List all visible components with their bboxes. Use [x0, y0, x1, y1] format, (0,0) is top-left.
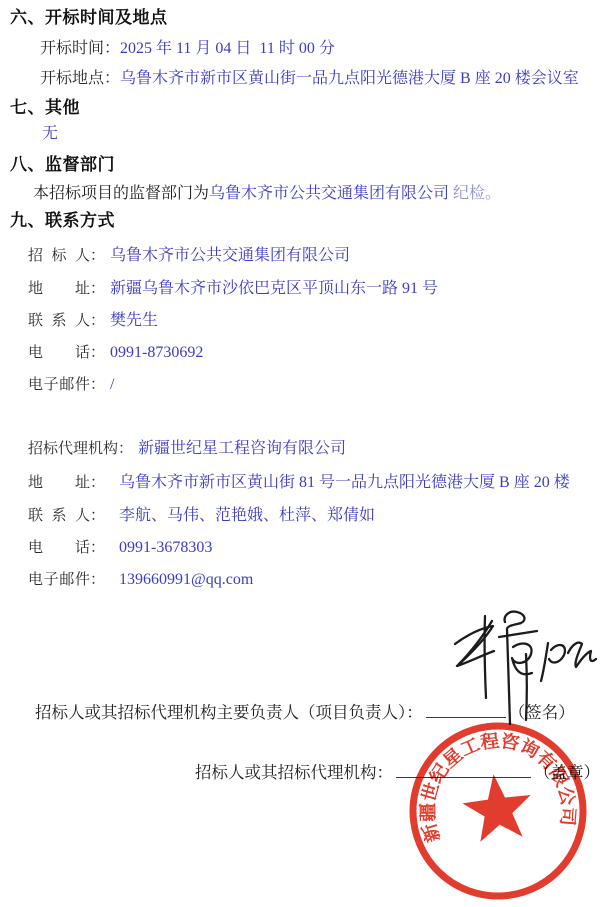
tenderer-contact-label: 联系人 — [28, 311, 90, 331]
tenderer-address-row: 地址：新疆乌鲁木齐市沙依巴克区平顶山东一路 91 号 — [28, 279, 438, 299]
tenderer-contact-row: 联系人：樊先生 — [28, 311, 158, 331]
agency-name-value: 新疆世纪星工程咨询有限公司 — [138, 440, 346, 457]
agency-phone-row: 电话：0991-3678303 — [28, 538, 212, 558]
tenderer-name-row: 招标人：乌鲁木齐市公共交通集团有限公司 — [28, 246, 350, 266]
company-seal: 新疆世纪星工程咨询有限公司 — [402, 716, 594, 907]
tenderer-name-value: 乌鲁木齐市公共交通集团有限公司 — [110, 247, 350, 264]
bid-opening-time-value: 2025 年 11 月 04 日 11 时 00 分 — [120, 40, 335, 57]
tenderer-email-value: / — [110, 376, 114, 393]
section-7-body: 无 — [42, 124, 58, 144]
agency-name-row: 招标代理机构：新疆世纪星工程咨询有限公司 — [28, 439, 346, 459]
bid-opening-place-label: 开标地点： — [40, 70, 120, 87]
section-9-heading: 九、联系方式 — [10, 211, 115, 231]
agency-email-value: 139660991@qq.com — [119, 571, 253, 588]
supervision-suffix: 纪检。 — [449, 185, 501, 202]
agency-name-label: 招标代理机构 — [28, 439, 118, 459]
bid-opening-place-row: 开标地点：乌鲁木齐市新市区黄山街一品九点阳光德港大厦 B 座 20 楼会议室 — [40, 69, 579, 89]
agency-email-row: 电子邮件：139660991@qq.com — [28, 570, 253, 590]
signature-line-label: 招标人或其招标代理机构主要负责人（项目负责人）： — [35, 703, 423, 722]
supervision-row: 本招标项目的监督部门为乌鲁木齐市公共交通集团有限公司 纪检。 — [33, 184, 501, 204]
bid-opening-time-row: 开标时间：2025 年 11 月 04 日 11 时 00 分 — [40, 39, 335, 59]
tenderer-address-label: 地址 — [28, 279, 90, 299]
tenderer-phone-label: 电话 — [28, 343, 90, 363]
tenderer-phone-value: 0991-8730692 — [110, 344, 203, 361]
seal-star — [459, 770, 535, 843]
section-6-heading: 六、开标时间及地点 — [10, 8, 168, 28]
section-8-heading: 八、监督部门 — [10, 155, 115, 175]
supervision-prefix: 本招标项目的监督部门为 — [33, 185, 209, 202]
tenderer-address-value: 新疆乌鲁木齐市沙依巴克区平顶山东一路 91 号 — [110, 280, 438, 297]
handwritten-signature — [447, 604, 599, 730]
bid-opening-place-value: 乌鲁木齐市新市区黄山街一品九点阳光德港大厦 B 座 20 楼会议室 — [120, 70, 579, 87]
tenderer-email-label: 电子邮件 — [28, 375, 90, 395]
agency-email-label: 电子邮件 — [28, 570, 90, 590]
bid-opening-time-label: 开标时间： — [40, 40, 120, 57]
section-7-heading: 七、其他 — [10, 98, 80, 118]
agency-phone-label: 电话 — [28, 538, 90, 558]
tenderer-contact-value: 樊先生 — [110, 312, 158, 329]
tenderer-email-row: 电子邮件：/ — [28, 375, 114, 395]
agency-address-label: 地址 — [28, 473, 90, 493]
tender-document-page: 六、开标时间及地点 开标时间：2025 年 11 月 04 日 11 时 00 … — [0, 0, 600, 907]
agency-contact-row: 联系人：李航、马伟、范艳娥、杜萍、郑倩如 — [28, 506, 375, 526]
supervision-org: 乌鲁木齐市公共交通集团有限公司 — [209, 185, 449, 202]
agency-address-row: 地址：乌鲁木齐市新市区黄山街 81 号一品九点阳光德港大厦 B 座 20 楼 — [28, 473, 570, 493]
agency-contact-label: 联系人 — [28, 506, 90, 526]
agency-address-value: 乌鲁木齐市新市区黄山街 81 号一品九点阳光德港大厦 B 座 20 楼 — [119, 474, 570, 491]
tenderer-phone-row: 电话：0991-8730692 — [28, 343, 203, 363]
tenderer-name-label: 招标人 — [28, 246, 90, 266]
seal-line-label: 招标人或其招标代理机构： — [195, 763, 393, 782]
agency-phone-value: 0991-3678303 — [119, 539, 212, 556]
agency-contact-value: 李航、马伟、范艳娥、杜萍、郑倩如 — [119, 507, 375, 524]
